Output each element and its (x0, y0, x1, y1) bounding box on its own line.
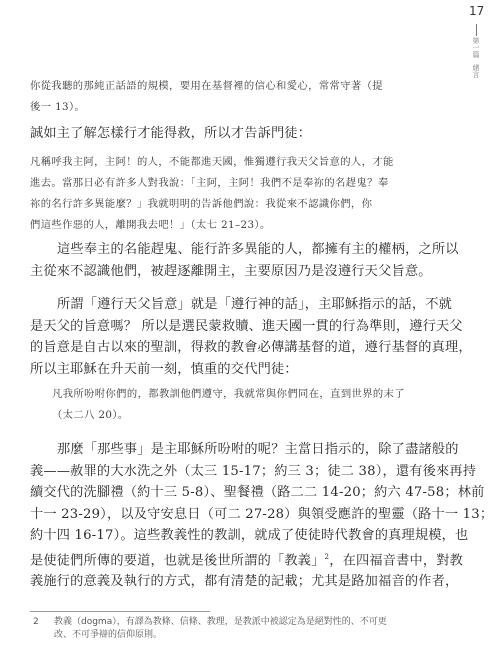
scripture-quote-2: 凡稱呼我主阿，主阿！的人，不能都進天國，惟獨遵行我天父旨意的人，才能 進去。當那… (30, 152, 440, 236)
quote-line: 們這些作惡的人，離開我去吧！」（太七 21–23）。 (30, 215, 440, 236)
footnote-divider (30, 611, 210, 612)
footnote-line: 教義（dogma），有譯為教條、信條、教理，是教派中被認定為是絕對性的、不可更 (54, 616, 454, 629)
quote-line: 凡稱呼我主阿，主阿！的人，不能都進天國，惟獨遵行我天父旨意的人，才能 (30, 152, 440, 173)
paragraph-1: 誠如主了解怎樣行才能得救，所以才告訴門徒： (30, 123, 440, 145)
footnote-text: 教義（dogma），有譯為教條、信條、教理，是教派中被認定為是絕對性的、不可更 … (54, 616, 454, 642)
paragraph-line: 所謂「遵行天父旨意」就是「遵行神的話」，主耶穌指示的話，不就 (30, 294, 440, 316)
paragraph-line: 續交代的洗腳禮（約十三 5-8）、聖餐禮（路二二 14-20；約六 47-58；… (30, 482, 440, 504)
quote-line: 進去。當那日必有許多人對我說：「主阿，主阿！我們不是奉祢的名趕鬼？奉 (30, 173, 440, 194)
paragraph-line: 十一 23-29），以及守安息日（可二 27-28）與領受應許的聖靈（路十一 1… (30, 504, 440, 526)
footnote-number: 2 (33, 616, 39, 629)
paragraph-line-text: 是使徒們所傳的要道，也就是後世所謂的「教義」 (30, 553, 325, 568)
running-head-chapter: 緒言 (471, 64, 480, 78)
paragraph-line: 義——赦罪的大水洗之外（太三 15-17；約三 3；徒二 38），還有後來再持 (30, 461, 440, 483)
paragraph-line: 誠如主了解怎樣行才能得救，所以才告訴門徒： (30, 123, 440, 145)
paragraph-line: 是天父的旨意嗎？ 所以是選民蒙救贖、進天國一貫的行為準則，遵行天父 (30, 316, 440, 338)
scripture-quote-3: 凡我所吩咐你們的，都教訓他們遵守，我就常與你們同在，直到世界的末了 （太二八 2… (52, 384, 442, 426)
paragraph-4: 那麼「那些事」是主耶穌所吩咐的呢？主當日指示的，除了盡諸般的 義——赦罪的大水洗… (30, 439, 440, 593)
paragraph-line: 的旨意是自古以來的聖訓，得救的教會必傳講基督的道，遵行基督的真理， (30, 337, 440, 359)
quote-line: 後一 13）。 (30, 97, 440, 118)
quote-line: （太二八 20）。 (52, 405, 442, 426)
paragraph-line: 這些奉主的名能趕鬼、能行許多異能的人，都擁有主的權柄，之所以 (30, 239, 440, 261)
quote-line: 凡我所吩咐你們的，都教訓他們遵守，我就常與你們同在，直到世界的末了 (52, 384, 442, 405)
running-head: 第一篇 緒言 (471, 24, 481, 78)
running-head-part: 第一篇 (471, 37, 480, 58)
paragraph-line: 約十四 16-17）。這些教義性的教訓，就成了使徒時代教會的真理規模，也 (30, 525, 440, 547)
paragraph-line: 是使徒們所傳的要道，也就是後世所謂的「教義」2，在四福音書中，對教 (30, 547, 440, 572)
paragraph-line: 所以主耶穌在升天前一刻，慎重的交代門徒： (30, 359, 440, 381)
paragraph-line: 那麼「那些事」是主耶穌所吩咐的呢？主當日指示的，除了盡諸般的 (30, 439, 440, 461)
paragraph-2: 這些奉主的名能趕鬼、能行許多異能的人，都擁有主的權柄，之所以 主從來不認識他們，… (30, 239, 440, 282)
paragraph-3: 所謂「遵行天父旨意」就是「遵行神的話」，主耶穌指示的話，不就 是天父的旨意嗎？ … (30, 294, 440, 380)
running-head-dash (476, 24, 477, 36)
scripture-quote-1: 你從我聽的那純正話語的規模，要用在基督裡的信心和愛心，常常守著（提 後一 13）… (30, 76, 440, 118)
quote-line: 祢的名行許多異能麼？」我就明明的告訴他們說：我從來不認識你們，你 (30, 194, 440, 215)
paragraph-line: 義施行的意義及執行的方式，都有清楚的記載；尤其是路加福音的作者， (30, 571, 440, 593)
footnote-line: 改、不可爭辯的信仰原則。 (54, 629, 454, 642)
page-number: 17 (469, 4, 484, 18)
paragraph-line: 主從來不認識他們，被趕逐離開主，主要原因乃是沒遵行天父旨意。 (30, 261, 440, 283)
quote-line: 你從我聽的那純正話語的規模，要用在基督裡的信心和愛心，常常守著（提 (30, 76, 440, 97)
paragraph-line-text: ，在四福音書中，對教 (329, 553, 463, 568)
